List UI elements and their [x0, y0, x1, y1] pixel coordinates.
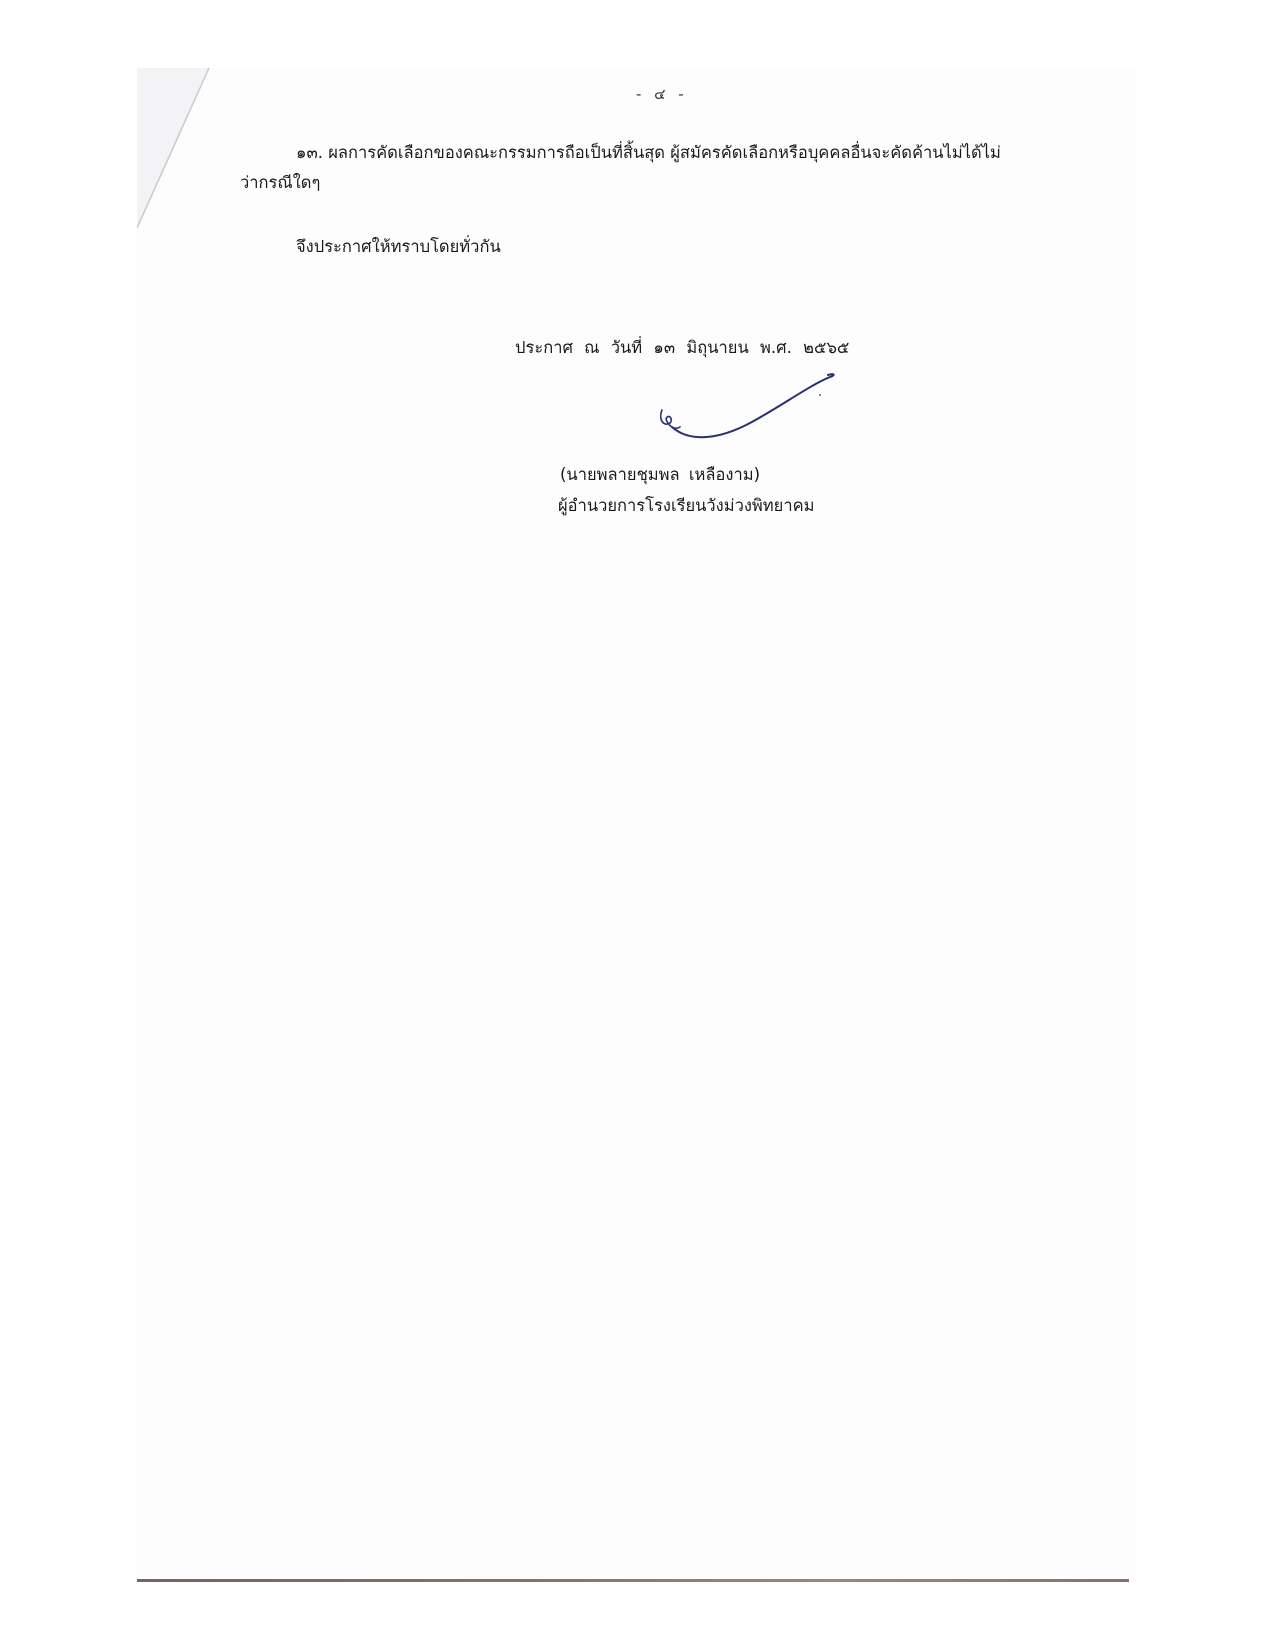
folded-corner-shadow [137, 68, 227, 238]
bottom-divider [137, 1579, 1129, 1582]
signer-title: ผู้อำนวยการโรงเรียนวังม่วงพิทยาคม [558, 493, 815, 519]
page-number: - ๔ - [636, 82, 688, 106]
document-page: - ๔ - ๑๓. ผลการคัดเลือกของคณะกรรมการถือเ… [0, 0, 1275, 1650]
clause-13-paragraph: ๑๓. ผลการคัดเลือกของคณะกรรมการถือเป็นที่… [240, 138, 1040, 198]
signer-name: (นายพลายชุมพล เหลืองาม) [560, 462, 760, 488]
signature-icon [660, 365, 860, 465]
scanned-page-area [137, 68, 1135, 1578]
clause-13-line-2: ว่ากรณีใดๆ [240, 173, 320, 192]
clause-13-line-1: ๑๓. ผลการคัดเลือกของคณะกรรมการถือเป็นที่… [296, 143, 1001, 162]
closing-statement: จึงประกาศให้ทราบโดยทั่วกัน [296, 232, 501, 262]
announcement-date: ประกาศ ณ วันที่ ๑๓ มิถุนายน พ.ศ. ๒๕๖๕ [515, 335, 849, 361]
